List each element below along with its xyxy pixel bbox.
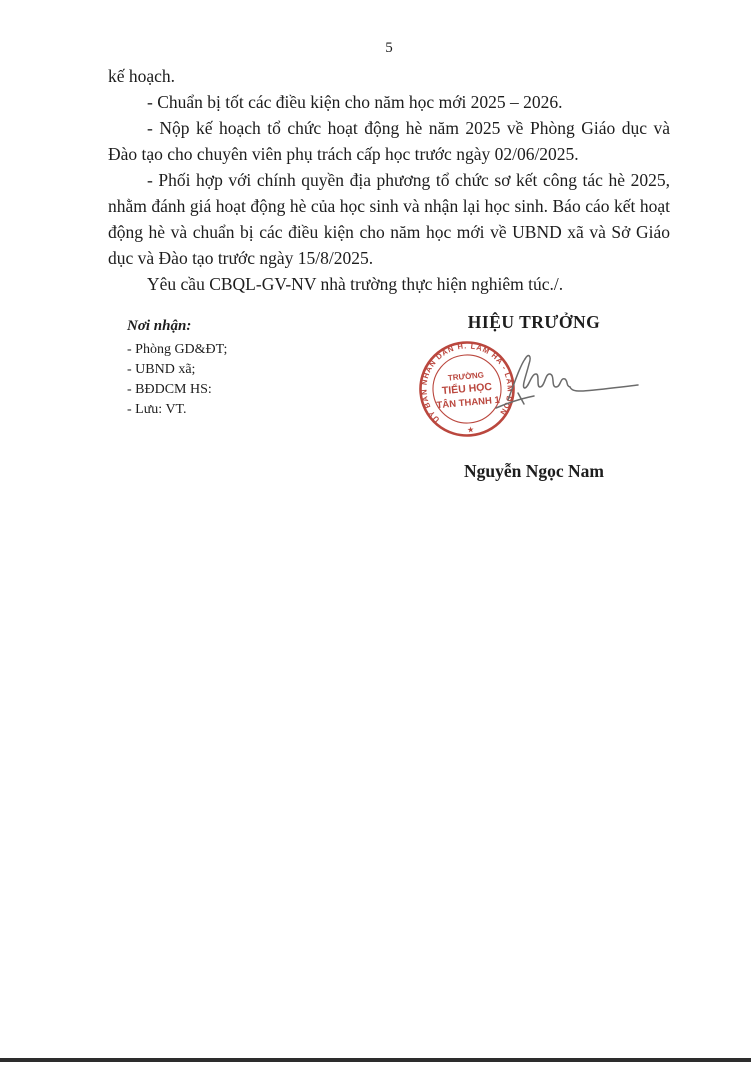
signer-name: Nguyễn Ngọc Nam (404, 461, 664, 482)
recipient-item: - UBND xã; (127, 360, 347, 380)
handwritten-signature (478, 338, 653, 410)
recipient-item: - Phòng GD&ĐT; (127, 340, 347, 360)
body-line: Đào tạo cho chuyên viên phụ trách cấp họ… (108, 141, 670, 167)
recipients-title: Nơi nhận: (127, 316, 347, 336)
stamp-star-icon: ★ (467, 425, 475, 435)
body-line: Yêu cầu CBQL-GV-NV nhà trường thực hiện … (108, 271, 670, 297)
body-line: - Chuẩn bị tốt các điều kiện cho năm học… (108, 89, 670, 115)
recipient-item: - BĐDCM HS: (127, 380, 347, 400)
document-page: 5 kế hoạch. - Chuẩn bị tốt các điều kiện… (0, 0, 751, 1065)
body-line: dục và Đào tạo trước ngày 15/8/2025. (108, 245, 670, 271)
body-line: - Nộp kế hoạch tổ chức hoạt động hè năm … (108, 115, 670, 141)
recipient-item: - Lưu: VT. (127, 400, 347, 420)
page-number: 5 (108, 40, 670, 57)
body-text: kế hoạch. - Chuẩn bị tốt các điều kiện c… (108, 63, 670, 297)
body-line: - Phối hợp với chính quyền địa phương tổ… (108, 167, 670, 193)
body-line: nhằm đánh giá hoạt động hè của học sinh … (108, 193, 670, 219)
recipients-block: Nơi nhận: - Phòng GD&ĐT; - UBND xã; - BĐ… (127, 316, 347, 420)
viewer-bottom-edge (0, 1058, 751, 1062)
body-line: động hè và chuẩn bị các điều kiện cho nă… (108, 219, 670, 245)
body-line: kế hoạch. (108, 63, 670, 89)
